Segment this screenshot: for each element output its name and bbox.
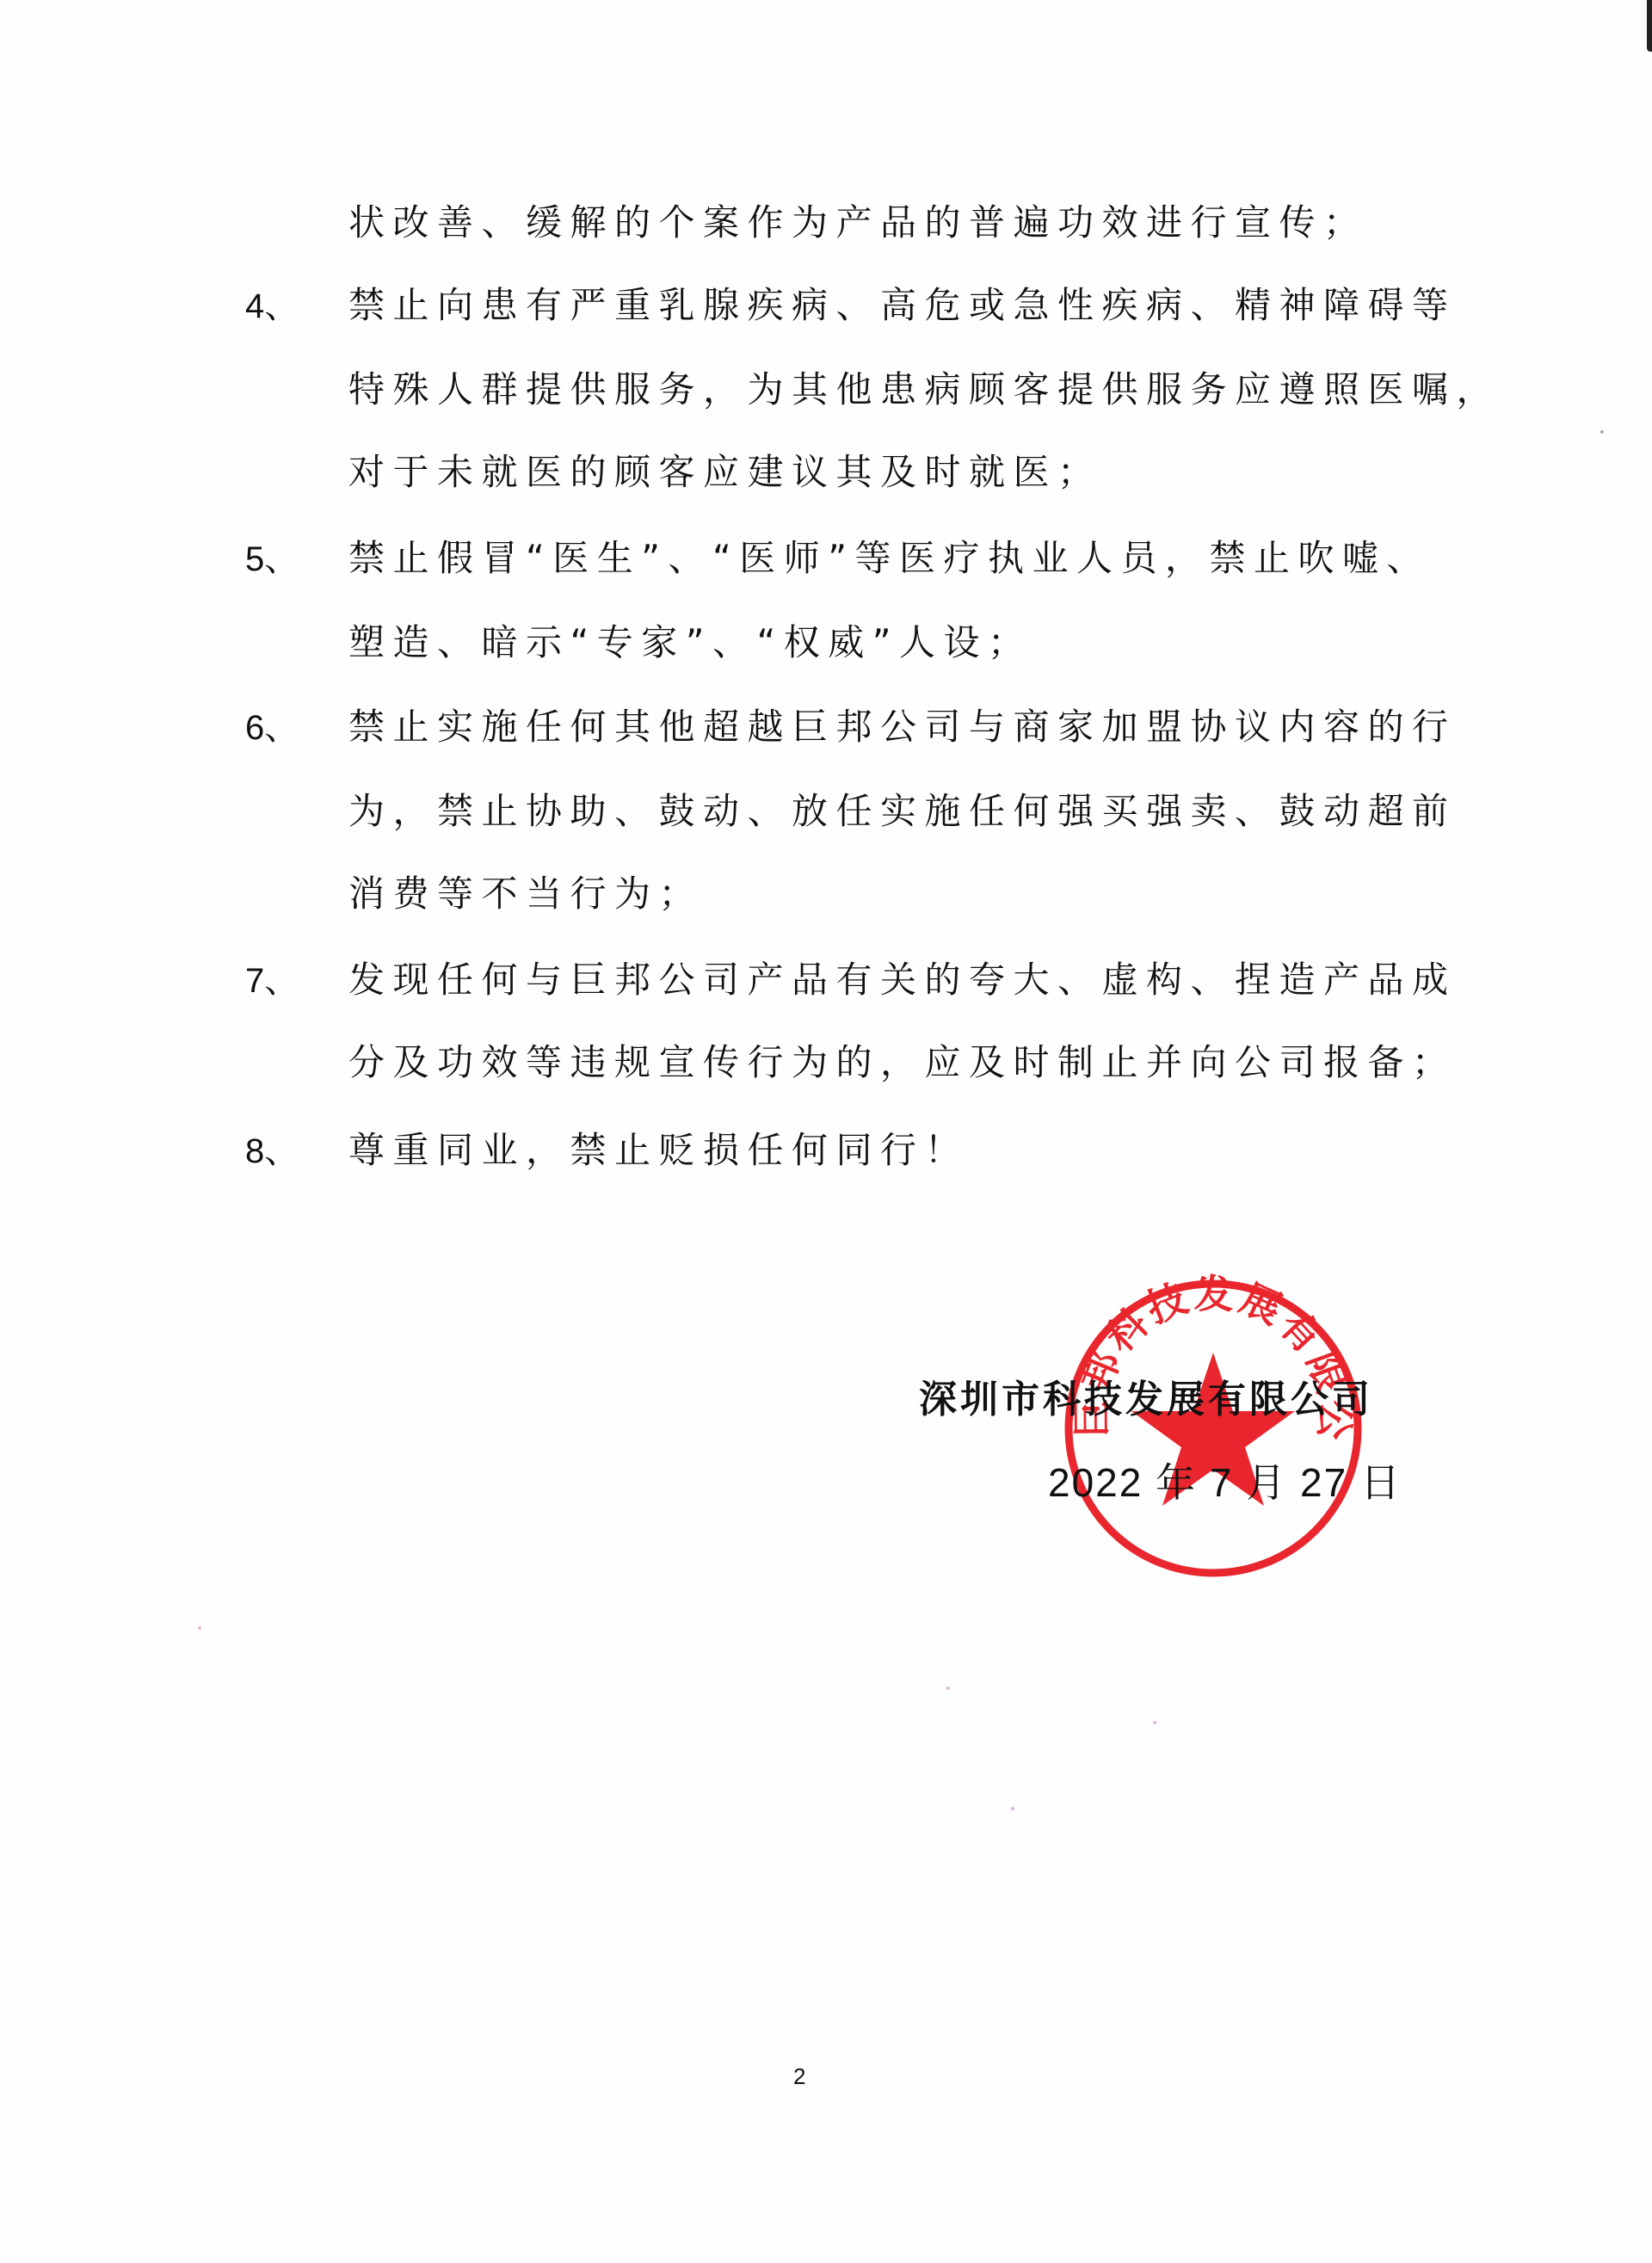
item-line: 消费等不当行为； bbox=[348, 876, 703, 912]
signature-date: 2022 年 7 月 27 日 bbox=[1048, 1463, 1402, 1502]
item-number: 5、 bbox=[245, 542, 299, 577]
scan-speck bbox=[946, 1686, 950, 1690]
scan-speck bbox=[1600, 430, 1604, 434]
scan-speck bbox=[1011, 1807, 1014, 1810]
scan-edge-mark bbox=[1647, 0, 1652, 52]
signature-company: 深圳市科技发展有限公司 bbox=[919, 1381, 1373, 1419]
document-page: 状改善、缓解的个案作为产品的普遍功效进行宣传； 4、 禁止向患有严重乳腺疾病、高… bbox=[0, 0, 1652, 2263]
item-line: 禁止向患有严重乳腺疾病、高危或急性疾病、精神障碍等 bbox=[348, 287, 1457, 324]
item-line: 禁止实施任何其他超越巨邦公司与商家加盟协议内容的行 bbox=[348, 709, 1457, 745]
item-number: 8、 bbox=[245, 1134, 299, 1168]
scan-speck bbox=[198, 1626, 201, 1630]
item-number: 4、 bbox=[245, 289, 299, 324]
continuation-line: 状改善、缓解的个案作为产品的普遍功效进行宣传； bbox=[348, 205, 1368, 241]
item-line: 发现任何与巨邦公司产品有关的夸大、虚构、捏造产品成 bbox=[348, 962, 1457, 998]
scan-speck bbox=[1153, 1721, 1156, 1724]
item-number: 6、 bbox=[245, 711, 299, 745]
company-seal-icon: 巨邦科技发展有限公司 bbox=[1058, 1273, 1368, 1583]
item-line: 特殊人群提供服务，为其他患病顾客提供服务应遵照医嘱， bbox=[348, 372, 1501, 408]
item-line: 分及功效等违规宣传行为的，应及时制止并向公司报备； bbox=[348, 1045, 1457, 1081]
item-line: 禁止假冒“医生”、“医师”等医疗执业人员，禁止吹嘘、 bbox=[348, 540, 1431, 577]
item-number: 7、 bbox=[245, 964, 299, 998]
item-line: 尊重同业，禁止贬损任何同行！ bbox=[348, 1132, 969, 1168]
page-number: 2 bbox=[793, 2063, 805, 2090]
item-line: 为，禁止协助、鼓动、放任实施任何强买强卖、鼓动超前 bbox=[348, 793, 1457, 829]
item-line: 对于未就医的顾客应建议其及时就医； bbox=[348, 454, 1102, 490]
item-line: 塑造、暗示“专家”、“权威”人设； bbox=[348, 625, 1032, 661]
